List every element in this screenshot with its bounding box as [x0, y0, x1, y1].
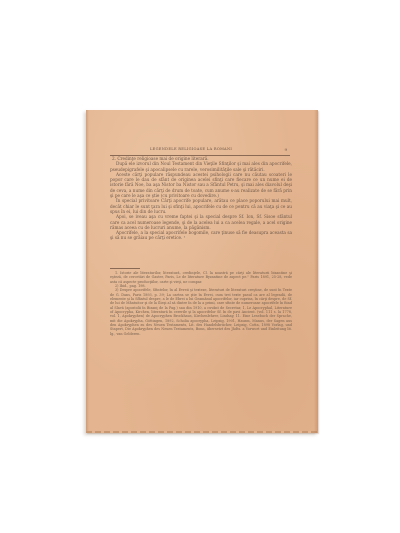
worn-bottom-edge: [86, 431, 318, 433]
running-header: LEGENDELE RELIGIOASE LA ROMANI 9: [110, 147, 290, 156]
footnote-separator: [110, 268, 140, 269]
page-number: 9: [284, 147, 287, 152]
footnote: 1. Istorie ale literaturilor, literatură…: [110, 271, 292, 284]
footnotes: 1. Istorie ale literaturilor, literatură…: [110, 271, 292, 336]
paragraph: Apoi, se iveau aşa cu vreme faptei şi la…: [110, 214, 292, 230]
document-page: LEGENDELE RELIGIOASE LA ROMANI 9 2. Cred…: [86, 110, 318, 433]
body-text: 2. Credinţe religioase mai de origine li…: [110, 156, 292, 241]
running-header-title: LEGENDELE RELIGIOASE LA ROMANI: [150, 147, 232, 151]
footnote: 3) Despre apocrifele, Sfintelor, în al E…: [110, 288, 292, 336]
paragraph: După ele izvorul din Noul Testament din …: [110, 161, 292, 172]
paragraph: În special privitoare Cărţi apocrife pop…: [110, 198, 292, 214]
paragraph: Apocrifele, a la special apocrifele bogo…: [110, 230, 292, 241]
paragraph: Aceste cărţi populare răspundeau acestei…: [110, 172, 292, 198]
